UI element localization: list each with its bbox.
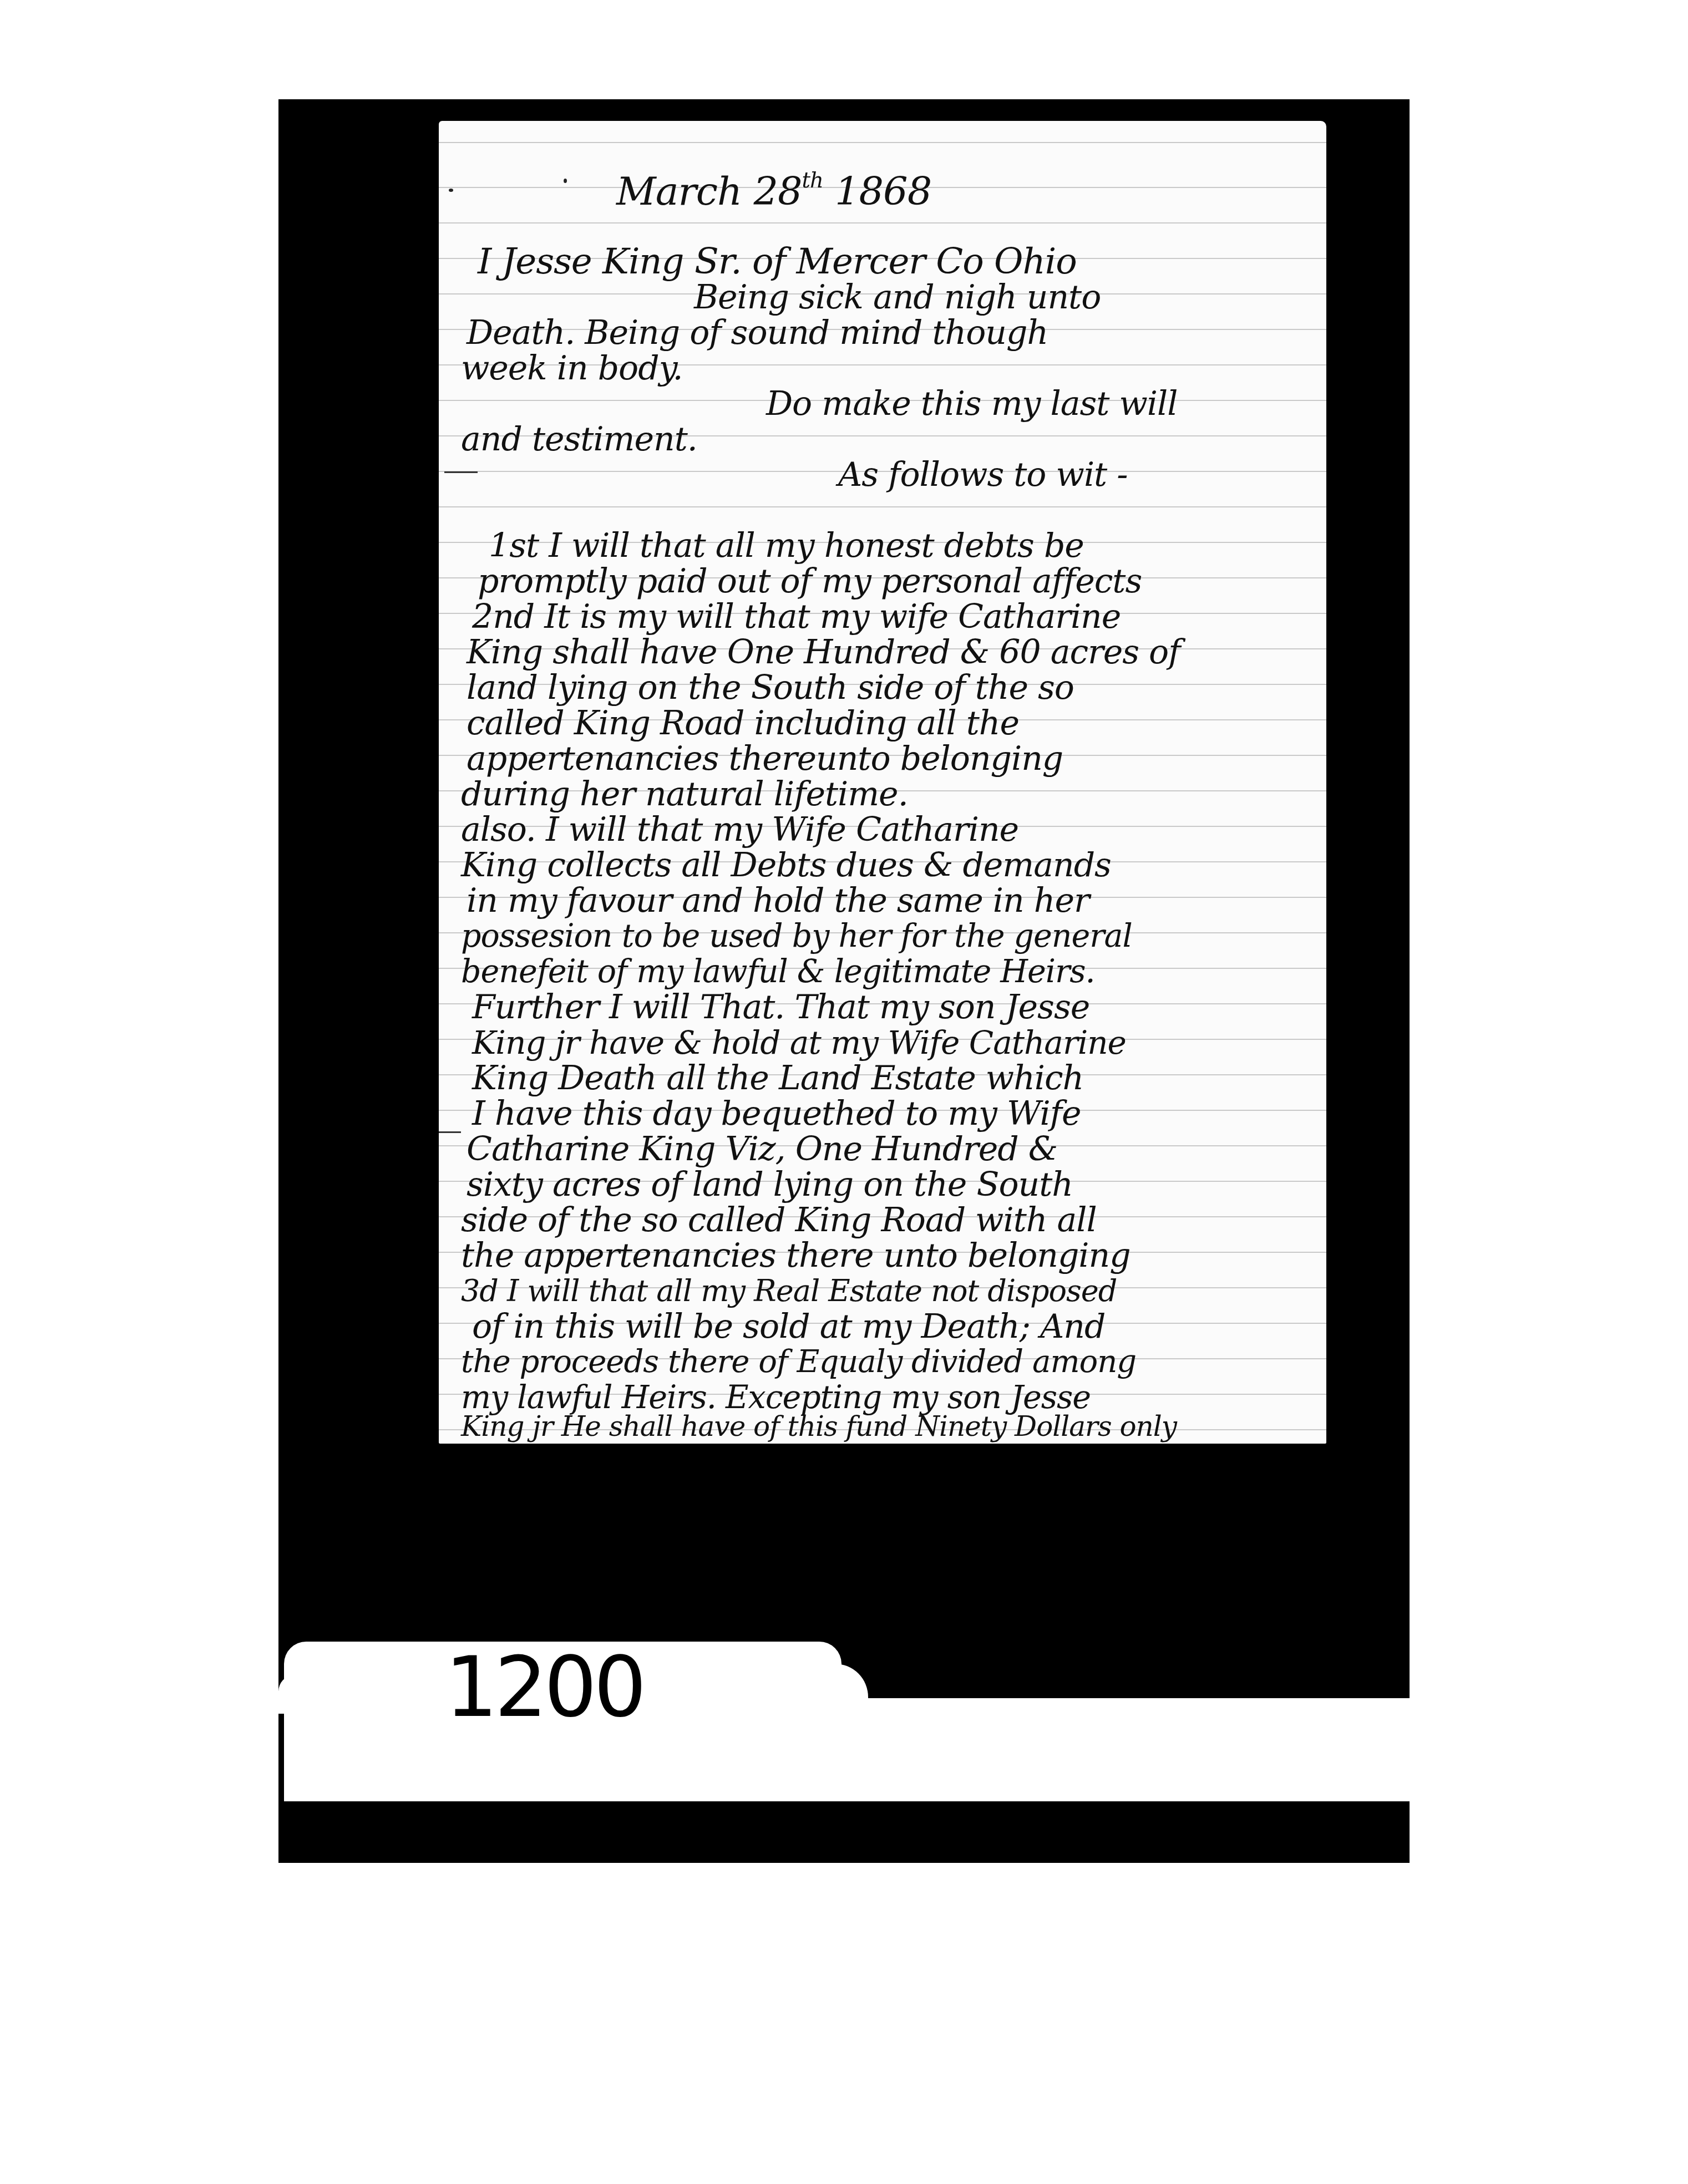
text-line: possesion to be used by her for the gene… (461, 918, 1132, 954)
text-line: King collects all Debts dues & demands (461, 847, 1111, 883)
text-line: I Jesse King Sr. of Mercer Co Ohio (478, 244, 1077, 280)
text-line: during her natural lifetime. (461, 776, 908, 812)
text-line: King jr have & hold at my Wife Catharine (472, 1025, 1126, 1060)
text-line: in my favour and hold the same in her (467, 883, 1089, 918)
text-line: Do make this my last will (766, 386, 1177, 421)
text-line: As follows to wit - (838, 457, 1128, 492)
folder-tab-number: 1200 (445, 1646, 643, 1729)
date-ordinal: th (802, 168, 823, 193)
text-line: Death. Being of sound mind though (467, 315, 1048, 351)
text-line: Catharine King Viz, One Hundred & (467, 1131, 1057, 1167)
text-line: benefeit of my lawful & legitimate Heirs… (461, 954, 1095, 989)
text-line: called King Road including all the (467, 705, 1019, 741)
text-line: also. I will that my Wife Catharine (461, 812, 1018, 847)
text-line: land lying on the South side of the so (467, 670, 1074, 705)
date-month-day: March 28 (616, 169, 802, 214)
text-line: promptly paid out of my personal affects (478, 563, 1142, 599)
date-year: 1868 (835, 169, 931, 214)
folder-divider-card: 1200 (278, 1642, 1410, 1802)
text-line: King jr He shall have of this fund Ninet… (461, 1409, 1177, 1444)
letter-text: March 28th 1868 I Jesse King Sr. of Merc… (439, 121, 1326, 1444)
text-line: 2nd It is my will that my wife Catharine (472, 599, 1121, 634)
text-line: week in body. (461, 351, 683, 386)
text-line: I have this day bequethed to my Wife (472, 1096, 1081, 1131)
text-line: Being sick and nigh unto (694, 280, 1101, 315)
text-line: the appertenancies there unto belonging (461, 1238, 1131, 1273)
text-line: King Death all the Land Estate which (472, 1060, 1083, 1096)
text-line: and testiment. (461, 421, 697, 457)
date-line: March 28th 1868 (616, 163, 931, 209)
text-line: Further I will That. That my son Jesse (472, 989, 1089, 1025)
text-line: 1st I will that all my honest debts be (489, 528, 1084, 563)
text-line: 3d I will that all my Real Estate not di… (461, 1273, 1117, 1309)
text-line: appertenancies thereunto belonging (467, 741, 1063, 776)
text-line: of in this will be sold at my Death; And (472, 1309, 1105, 1344)
text-line: King shall have One Hundred & 60 acres o… (467, 634, 1180, 670)
handwritten-letter-page: March 28th 1868 I Jesse King Sr. of Merc… (439, 121, 1326, 1444)
text-line: sixty acres of land lying on the South (467, 1167, 1073, 1202)
folder-tab: 1200 (284, 1642, 842, 1708)
text-line: the proceeds there of Equaly divided amo… (461, 1344, 1136, 1380)
text-line: side of the so called King Road with all (461, 1202, 1097, 1238)
